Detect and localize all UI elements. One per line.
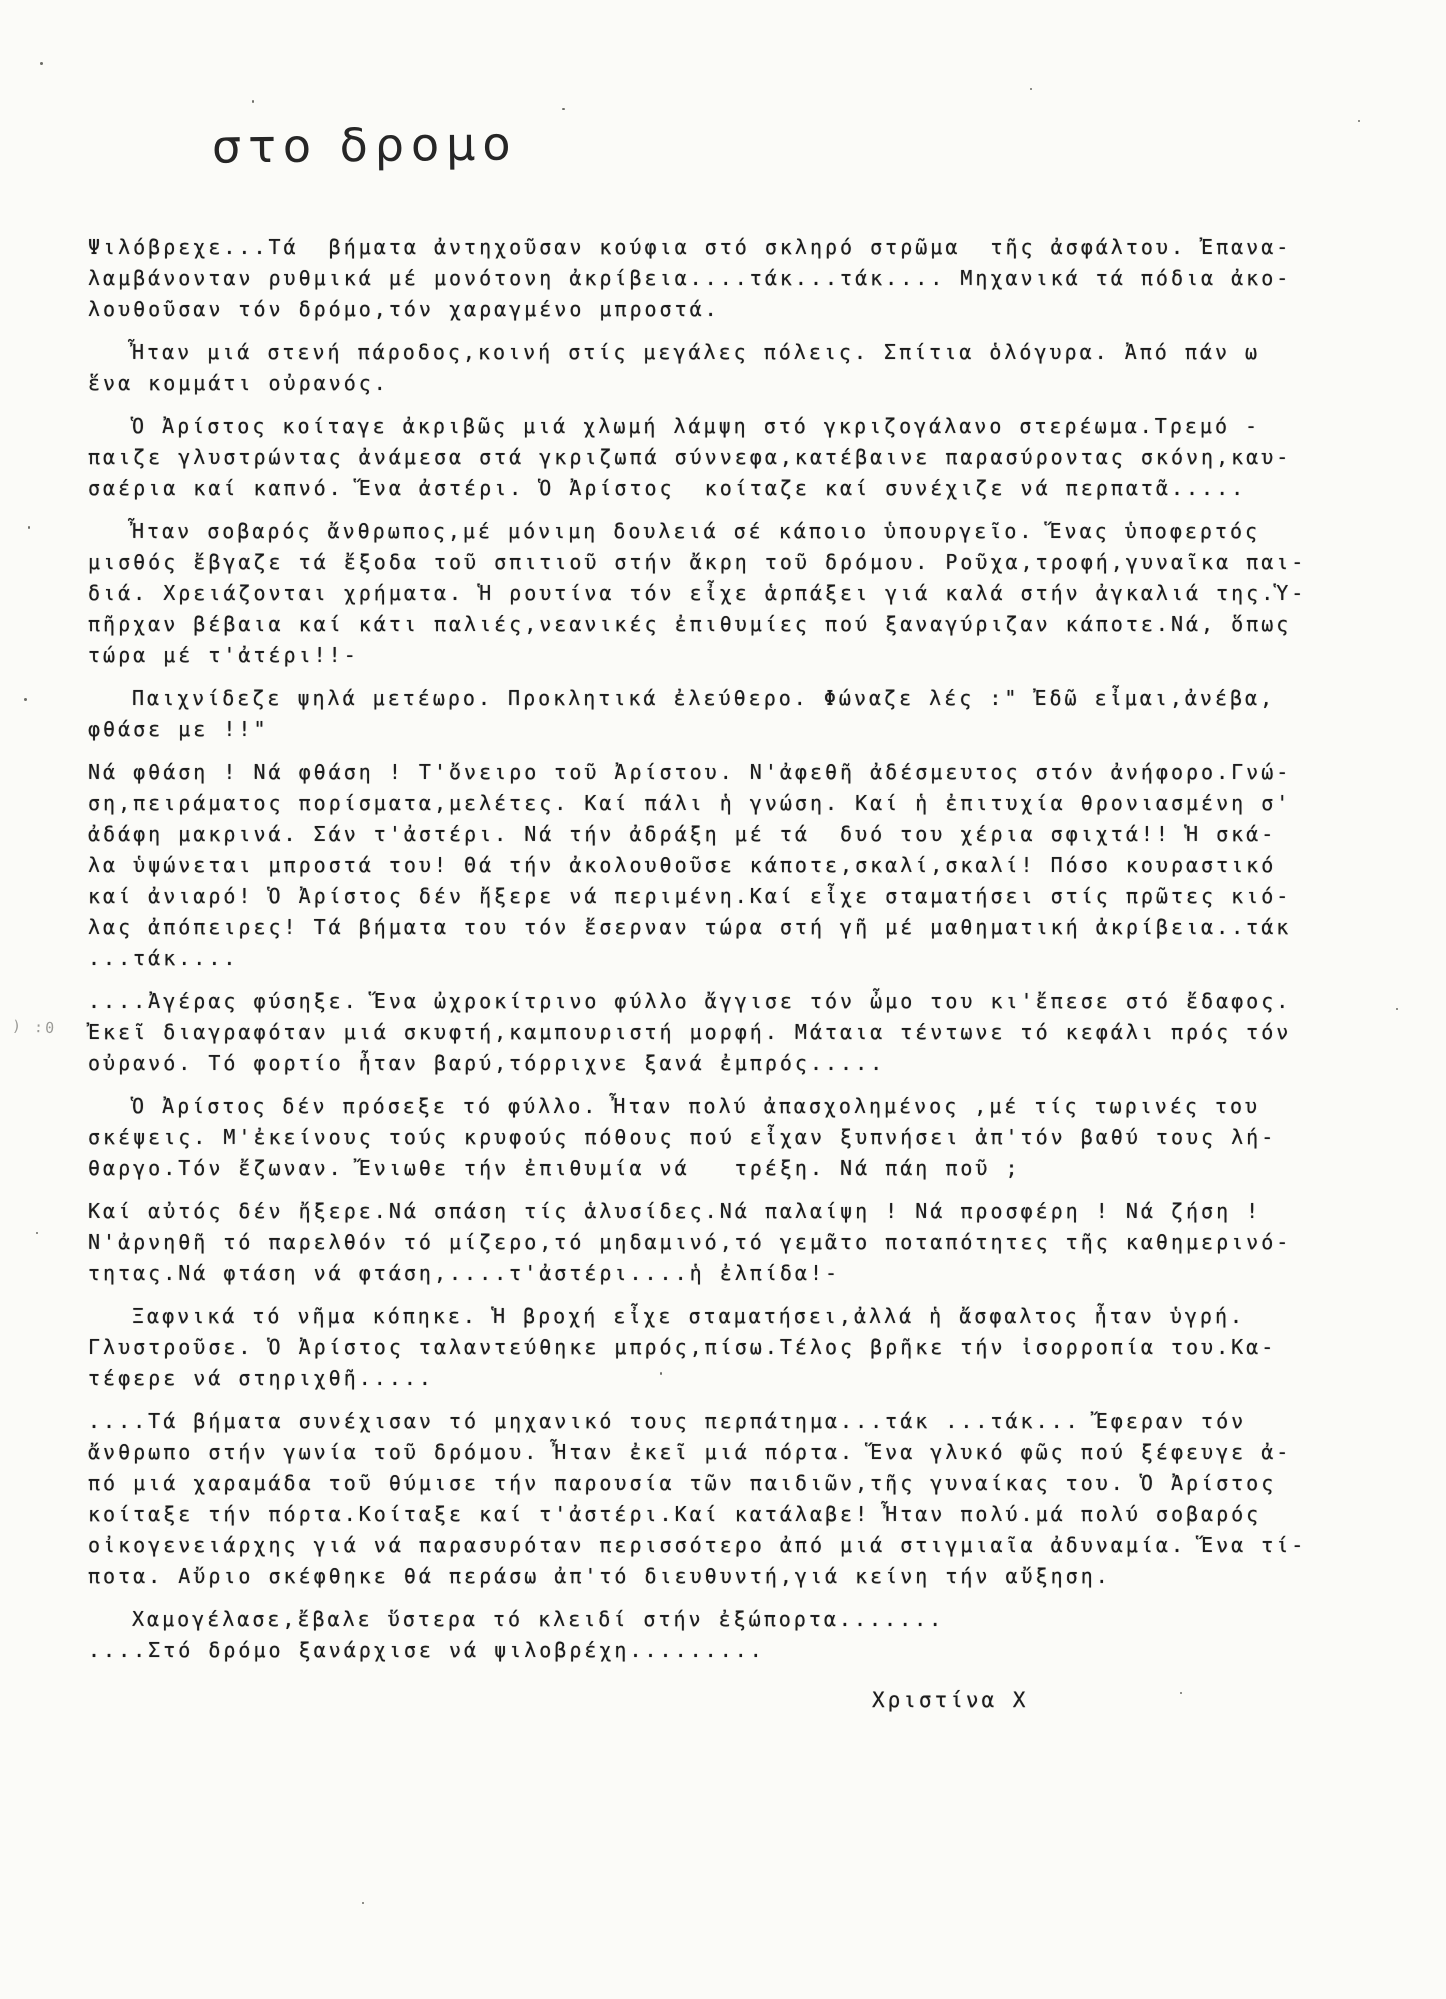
text-line: κοίταξε τήν πόρτα.Κοίταξε καί τ'ἀστέρι.Κ…	[88, 1499, 1408, 1530]
text-line: ἄνθρωπο στήν γωνία τοῦ δρόμου. Ἦταν ἐκεῖ…	[88, 1437, 1408, 1468]
paragraph: Ὁ Ἀρίστος δέν πρόσεξε τό φύλλο. Ἦταν πολ…	[88, 1091, 1408, 1184]
text-line: τητας.Νά φτάση νά φτάση,....τ'ἀστέρι....…	[88, 1258, 1408, 1289]
text-line: τώρα μέ τ'ἀτέρι!!-	[88, 640, 1408, 671]
paragraph: Ψιλόβρεχε...Τά βήματα ἀντηχοῦσαν κούφια …	[88, 232, 1408, 325]
scan-speck	[660, 1372, 662, 1375]
scan-speck	[36, 1232, 38, 1234]
scan-speck	[28, 526, 30, 529]
text-line: ....Ἀγέρας φύσηξε. Ἕνα ὠχροκίτρινο φύλλο…	[88, 986, 1408, 1017]
paragraph: Ἦταν σοβαρός ἄνθρωπος,μέ μόνιμη δουλειά …	[88, 516, 1408, 671]
text-line: ποτα. Αὔριο σκέφθηκε θά περάσω ἀπ'τό διε…	[88, 1561, 1408, 1592]
scan-speck	[1030, 88, 1032, 90]
text-line: καί ἀνιαρό! Ὁ Ἀρίστος δέν ἤξερε νά περιμ…	[88, 881, 1408, 912]
text-line: πό μιά χαραμάδα τοῦ θύμισε τήν παρουσία …	[88, 1468, 1408, 1499]
text-line: Ψιλόβρεχε...Τά βήματα ἀντηχοῦσαν κούφια …	[88, 232, 1408, 263]
text-line: Ν'ἀρνηθῆ τό παρελθόν τό μίζερο,τό μηδαμι…	[88, 1227, 1408, 1258]
paragraph: Νά φθάση ! Νά φθάση ! Τ'ὄνειρο τοῦ Ἀρίστ…	[88, 757, 1408, 974]
text-line: λα ὑψώνεται μπροστά του! Θά τήν ἀκολουθο…	[88, 850, 1408, 881]
text-line: λαμβάνονταν ρυθμικά μέ μονότονη ἀκρίβεια…	[88, 263, 1408, 294]
text-line: θαργο.Τόν ἔζωναν. Ἔνιωθε τήν ἐπιθυμία νά…	[88, 1153, 1408, 1184]
text-line: πῆρχαν βέβαια καί κάτι παλιές,νεανικές ἐ…	[88, 609, 1408, 640]
text-line: οἰκογενειάρχης γιά νά παρασυρόταν περισσ…	[88, 1530, 1408, 1561]
text-line: Ἦταν σοβαρός ἄνθρωπος,μέ μόνιμη δουλειά …	[88, 516, 1408, 547]
scan-speck	[562, 108, 565, 110]
text-line: Ὁ Ἀρίστος κοίταγε ἀκριβῶς μιά χλωμή λάμψ…	[88, 411, 1408, 442]
text-line: Ὁ Ἀρίστος δέν πρόσεξε τό φύλλο. Ἦταν πολ…	[88, 1091, 1408, 1122]
text-line: ση,πειράματος πορίσματα,μελέτες. Καί πάλ…	[88, 788, 1408, 819]
author-signature: Χριστίνα Χ	[872, 1688, 1028, 1712]
text-line: φθάσε με !!"	[88, 714, 1408, 745]
text-line: διά. Χρειάζονται χρήματα. Ἡ ρουτίνα τόν …	[88, 578, 1408, 609]
text-line: λας ἀπόπειρες! Τά βήματα του τόν ἔσερναν…	[88, 912, 1408, 943]
scan-speck	[1358, 120, 1360, 122]
page-title: στο δρομο	[212, 116, 518, 173]
text-line: Χαμογέλασε,ἔβαλε ὕστερα τό κλειδί στήν ἐ…	[88, 1604, 1408, 1635]
scan-speck	[24, 698, 27, 701]
scan-speck	[1180, 1692, 1182, 1694]
scan-speck	[362, 1902, 364, 1904]
scan-speck	[252, 100, 254, 103]
text-line: ....Στό δρόμο ξανάρχισε νά ψιλοβρέχη....…	[88, 1635, 1408, 1666]
scan-speck	[40, 62, 43, 65]
text-line: Γλυστροῦσε. Ὁ Ἀρίστος ταλαντεύθηκε μπρός…	[88, 1332, 1408, 1363]
text-line: ....Τά βήματα συνέχισαν τό μηχανικό τους…	[88, 1406, 1408, 1437]
text-line: ἕνα κομμάτι οὐρανός.	[88, 368, 1408, 399]
paragraph: Ἦταν μιά στενή πάροδος,κοινή στίς μεγάλε…	[88, 337, 1408, 399]
text-line: σαέρια καί καπνό. Ἕνα ἀστέρι. Ὁ Ἀρίστος …	[88, 473, 1408, 504]
text-line: μισθός ἔβγαζε τά ἔξοδα τοῦ σπιτιοῦ στήν …	[88, 547, 1408, 578]
text-line: τέφερε νά στηριχθῆ.....	[88, 1363, 1408, 1394]
document-page: στο δρομο Ψιλόβρεχε...Τά βήματα ἀντηχοῦσ…	[0, 0, 1446, 1999]
text-line: σκέψεις. Μ'ἐκείνους τούς κρυφούς πόθους …	[88, 1122, 1408, 1153]
paragraph: Παιχνίδεζε ψηλά μετέωρο. Προκλητικά ἐλεύ…	[88, 683, 1408, 745]
text-line: Παιχνίδεζε ψηλά μετέωρο. Προκλητικά ἐλεύ…	[88, 683, 1408, 714]
text-line: Ξαφνικά τό νῆμα κόπηκε. Ἡ βροχή εἶχε στα…	[88, 1301, 1408, 1332]
paragraph: Χαμογέλασε,ἔβαλε ὕστερα τό κλειδί στήν ἐ…	[88, 1604, 1408, 1666]
paragraph: ....Τά βήματα συνέχισαν τό μηχανικό τους…	[88, 1406, 1408, 1592]
paragraph: Ὁ Ἀρίστος κοίταγε ἀκριβῶς μιά χλωμή λάμψ…	[88, 411, 1408, 504]
text-line: ...τάκ....	[88, 943, 1408, 974]
text-line: λουθοῦσαν τόν δρόμο,τόν χαραγμένο μπροστ…	[88, 294, 1408, 325]
text-line: οὐρανό. Τό φορτίο ἦταν βαρύ,τόρριχνε ξαν…	[88, 1048, 1408, 1079]
scan-speck	[1396, 1008, 1398, 1010]
text-line: παιζε γλυστρώντας ἀνάμεσα στά γκριζωπά σ…	[88, 442, 1408, 473]
text-line: Ἦταν μιά στενή πάροδος,κοινή στίς μεγάλε…	[88, 337, 1408, 368]
paragraph: Ξαφνικά τό νῆμα κόπηκε. Ἡ βροχή εἶχε στα…	[88, 1301, 1408, 1394]
paragraph: ....Ἀγέρας φύσηξε. Ἕνα ὠχροκίτρινο φύλλο…	[88, 986, 1408, 1079]
text-line: ἀδάφη μακρινά. Σάν τ'ἀστέρι. Νά τήν ἀδρά…	[88, 819, 1408, 850]
text-line: Ἐκεῖ διαγραφόταν μιά σκυφτή,καμπουριστή …	[88, 1017, 1408, 1048]
text-line: Καί αὐτός δέν ἤξερε.Νά σπάση τίς ἁλυσίδε…	[88, 1196, 1408, 1227]
text-line: Νά φθάση ! Νά φθάση ! Τ'ὄνειρο τοῦ Ἀρίστ…	[88, 757, 1408, 788]
margin-stray-mark: ) :0	[12, 1017, 57, 1037]
paragraph: Καί αὐτός δέν ἤξερε.Νά σπάση τίς ἁλυσίδε…	[88, 1196, 1408, 1289]
document-body: Ψιλόβρεχε...Τά βήματα ἀντηχοῦσαν κούφια …	[88, 232, 1408, 1678]
